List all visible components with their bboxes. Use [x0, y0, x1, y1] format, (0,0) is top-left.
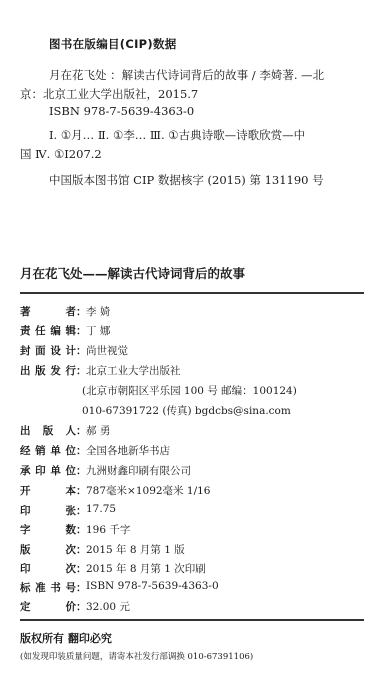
detail-label: 出 版 人 — [20, 423, 76, 438]
detail-editor: 责任编辑：丁 娜 — [20, 323, 110, 338]
cip-classification-1: Ⅰ. ①月… Ⅱ. ①李… Ⅲ. ①古典诗歌—诗歌欣赏—中 — [49, 127, 305, 143]
detail-edition: 版 次：2015 年 8 月第 1 版 — [20, 542, 185, 557]
publisher-address: (北京市朝阳区平乐园 100 号 邮编：100124) — [82, 383, 297, 398]
cip-line-2: 京：北京工业大学出版社，2015.7 — [20, 86, 198, 102]
divider-top — [20, 292, 364, 294]
cip-classification-2: 国 Ⅳ. ①I207.2 — [20, 146, 102, 162]
detail-distributor: 经销单位：全国各地新华书店 — [20, 443, 170, 458]
detail-sheets: 印 张：17.75 — [20, 503, 116, 518]
detail-value: 郝 勇 — [86, 423, 110, 438]
detail-publisher: 出版发行：北京工业大学出版社 — [20, 363, 181, 378]
detail-value: ISBN 978-7-5639-4363-0 — [86, 580, 219, 595]
divider-bottom — [20, 619, 364, 621]
detail-label: 印 张 — [20, 503, 76, 518]
detail-value: 196 千字 — [86, 522, 130, 537]
detail-isbn: 标准书号：ISBN 978-7-5639-4363-0 — [20, 580, 219, 595]
detail-value: 2015 年 8 月第 1 版 — [86, 542, 185, 557]
detail-label: 著 者 — [20, 304, 76, 319]
detail-label: 封面设计 — [20, 343, 76, 358]
quality-note: (如发现印装质量问题，请寄本社发行部调换 010-67391106) — [20, 650, 253, 662]
detail-author: 著 者：李 婍 — [20, 304, 110, 319]
detail-printing: 印 次：2015 年 8 月第 1 次印刷 — [20, 561, 206, 576]
detail-format: 开 本：787毫米×1092毫米 1/16 — [20, 483, 210, 498]
publisher-contact: 010-67391722 (传真) bgdcbs@sina.com — [82, 403, 291, 418]
detail-printer: 承印单位：九洲财鑫印刷有限公司 — [20, 463, 191, 478]
cip-line-1: 月在花飞处 ：解读古代诗词背后的故事 / 李婍著. —北 — [49, 67, 324, 83]
detail-value: 九洲财鑫印刷有限公司 — [86, 463, 191, 478]
detail-value: 李 婍 — [86, 304, 110, 319]
detail-label: 字 数 — [20, 522, 76, 537]
detail-label: 责任编辑 — [20, 323, 76, 338]
detail-value: 787毫米×1092毫米 1/16 — [86, 483, 210, 498]
detail-value: 尚世视觉 — [86, 343, 128, 358]
cip-isbn: ISBN 978-7-5639-4363-0 — [49, 104, 194, 118]
detail-value: 2015 年 8 月第 1 次印刷 — [86, 561, 206, 576]
detail-value: 全国各地新华书店 — [86, 443, 170, 458]
detail-label: 出版发行 — [20, 363, 76, 378]
copyright-notice: 版权所有 翻印必究 — [20, 630, 112, 646]
detail-value: 丁 娜 — [86, 323, 110, 338]
detail-label: 印 次 — [20, 561, 76, 576]
detail-label: 开 本 — [20, 483, 76, 498]
detail-label: 承印单位 — [20, 463, 76, 478]
cip-heading: 图书在版编目(CIP)数据 — [49, 36, 177, 52]
book-title: 月在花飞处——解读古代诗词背后的故事 — [20, 264, 245, 282]
detail-value: 17.75 — [86, 503, 116, 518]
detail-value: 32.00 元 — [86, 599, 130, 614]
cip-record-number: 中国版本图书馆 CIP 数据核字 (2015) 第 131190 号 — [49, 172, 324, 188]
detail-cover-design: 封面设计：尚世视觉 — [20, 343, 128, 358]
detail-publisher-person: 出 版 人：郝 勇 — [20, 423, 110, 438]
detail-word-count: 字 数：196 千字 — [20, 522, 130, 537]
detail-value: 北京工业大学出版社 — [86, 363, 181, 378]
detail-label: 标准书号 — [20, 580, 76, 595]
detail-label: 经销单位 — [20, 443, 76, 458]
detail-label: 版 次 — [20, 542, 76, 557]
detail-price: 定 价：32.00 元 — [20, 599, 130, 614]
detail-label: 定 价 — [20, 599, 76, 614]
